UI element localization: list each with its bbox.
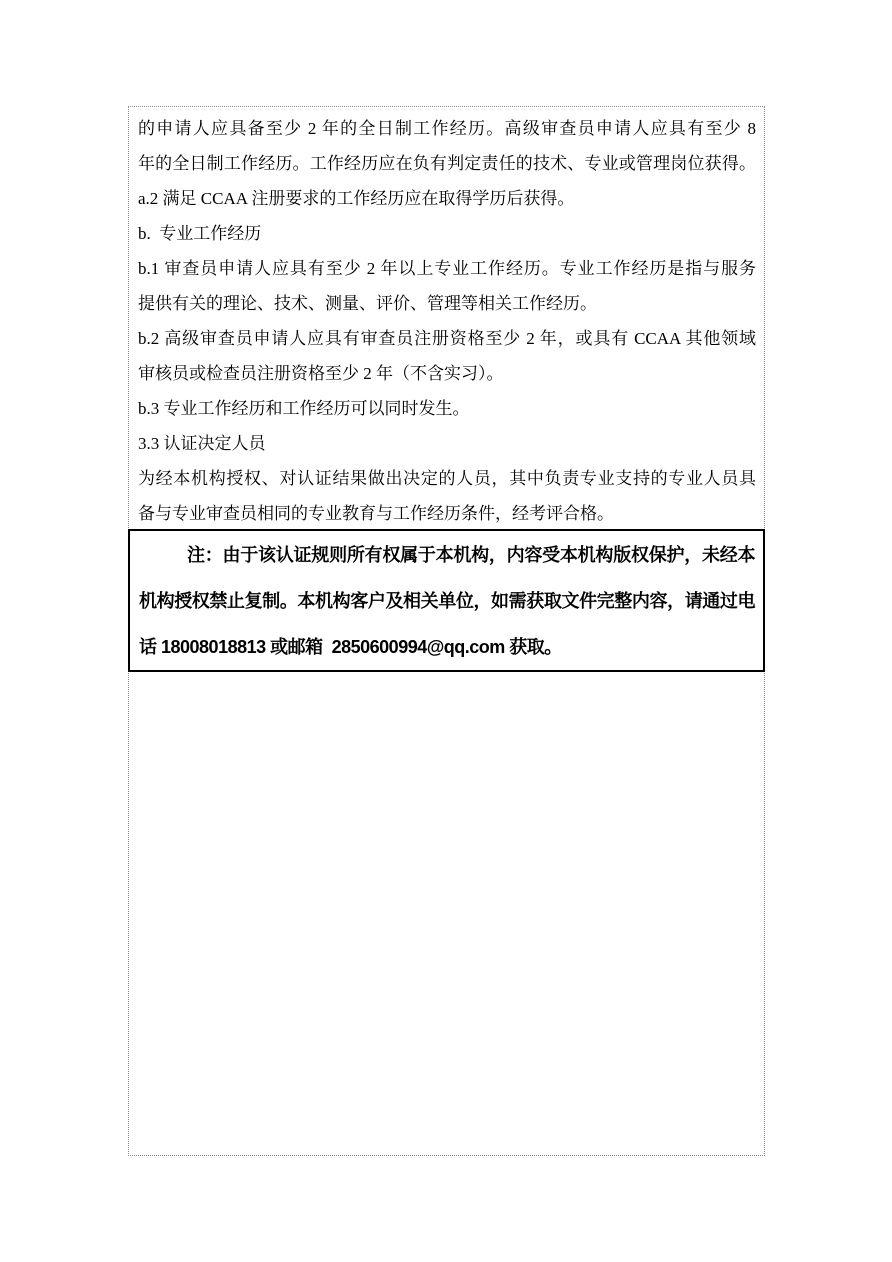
content-table-cell: 的申请人应具备至少 2 年的全日制工作经历。高级审查员申请人应具有至少 8 年的… bbox=[128, 106, 765, 1156]
body-line: a.2 满足 CCAA 注册要求的工作经历应在取得学历后获得。 bbox=[138, 181, 756, 216]
body-line: b.3 专业工作经历和工作经历可以同时发生。 bbox=[138, 391, 756, 426]
document-page: 的申请人应具备至少 2 年的全日制工作经历。高级审查员申请人应具有至少 8 年的… bbox=[0, 0, 892, 1262]
body-line: b.2 高级审查员申请人应具有审查员注册资格至少 2 年，或具有 CCAA 其他… bbox=[138, 321, 756, 356]
copyright-note-box: 注：由于该认证规则所有权属于本机构，内容受本机构版权保护，未经本 机构授权禁止复… bbox=[128, 529, 765, 672]
body-line: 审核员或检查员注册资格至少 2 年（不含实习）。 bbox=[138, 356, 756, 391]
body-line: 提供有关的理论、技术、测量、评价、管理等相关工作经历。 bbox=[138, 286, 756, 321]
body-line: 备与专业审查员相同的专业教育与工作经历条件，经考评合格。 bbox=[138, 496, 756, 531]
body-line: 年的全日制工作经历。工作经历应在负有判定责任的技术、专业或管理岗位获得。 bbox=[138, 146, 756, 181]
body-line: b.1 审查员申请人应具有至少 2 年以上专业工作经历。专业工作经历是指与服务 bbox=[138, 251, 756, 286]
note-line-contact: 话 18008018813 或邮箱 2850600994@qq.com 获取。 bbox=[139, 624, 755, 670]
body-line: 的申请人应具备至少 2 年的全日制工作经历。高级审查员申请人应具有至少 8 bbox=[138, 111, 756, 146]
note-line: 注：由于该认证规则所有权属于本机构，内容受本机构版权保护，未经本 bbox=[139, 532, 755, 578]
body-line: b. 专业工作经历 bbox=[138, 216, 756, 251]
body-line: 3.3 认证决定人员 bbox=[138, 426, 756, 461]
certification-rules-text-block: 的申请人应具备至少 2 年的全日制工作经历。高级审查员申请人应具有至少 8 年的… bbox=[138, 111, 756, 531]
note-line: 机构授权禁止复制。本机构客户及相关单位，如需获取文件完整内容，请通过电 bbox=[139, 578, 755, 624]
body-line: 为经本机构授权、对认证结果做出决定的人员，其中负责专业支持的专业人员具 bbox=[138, 461, 756, 496]
